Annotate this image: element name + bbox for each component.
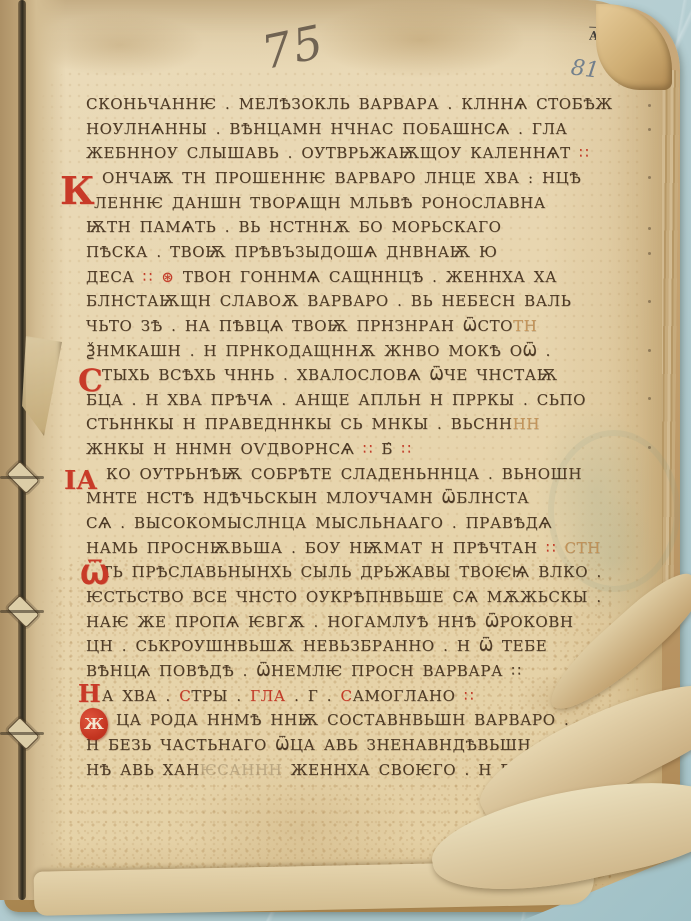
text-run: ∷	[464, 687, 474, 705]
margin-initial: ІА	[64, 468, 97, 494]
text-run: НѢ АВЬ ХАН	[86, 761, 200, 779]
text-line: БЦА . Н ХВА ПРѢЧѦ . АНЩЕ АПЛЬН Н ПРРКЫ .…	[86, 393, 586, 408]
text-run: ТРЫ .	[191, 687, 250, 705]
text-run: ∷	[546, 539, 565, 557]
text-line: ЖНКЫ Н ННМН ОѴДВОРНСѦ ∷ Б̂ ∷	[86, 442, 411, 457]
text-run: НН	[513, 415, 540, 433]
text-run: С	[179, 687, 191, 705]
text-run: СТЬННКЫ Н ПРАВЕДННКЫ СЬ МНКЫ . ВЬСНН	[86, 415, 513, 433]
text-run: С	[341, 687, 353, 705]
ornate-initial-glyph: Ж	[84, 715, 104, 733]
text-line: КО ОУТРЬНѢѬ СОБРѢТЕ СЛАДЕНЬННЦА . ВЬНОШН	[106, 467, 582, 482]
text-run: БЦА . Н ХВА ПРѢЧѦ . АНЩЕ АПЛЬН Н ПРРКЫ .…	[86, 391, 586, 409]
text-line: НОУЛНѦННЫ . ВѢНЦАМН НЧНАС ПОБАШНСѦ . ГЛА	[86, 122, 568, 137]
text-line: ѬТН ПАМѦТЬ . ВЬ НСТННѪ БО МОРЬСКАГО	[86, 220, 502, 235]
pricking-hole	[648, 128, 651, 131]
text-line: МНТЕ НСТѢ НДѢЧЬСКЫН МЛОУЧАМН ѾБЛНСТА	[86, 491, 529, 506]
text-line: ЦА РОДА ННМѢ ННѬ СОСТАВНВЬШН ВАРВАРО .	[116, 713, 569, 728]
text-line: ЖЕБННОУ СЛЫШАВЬ . ОУТВРЬЖАѬЩОУ КАЛЕННѦТ …	[86, 146, 589, 161]
text-run: Н БЕЗЬ ЧАСТЬНАГО ѾЦА АВЬ ЗНЕНАВНДѢВЬШН .	[86, 736, 545, 754]
text-run: ОНЧАѬ ТН ПРОШЕННѤ ВАРВАРО ЛНЦЕ ХВА : НЦѢ	[102, 169, 581, 187]
text-run: КО ОУТРЬНѢѬ СОБРѢТЕ СЛАДЕНЬННЦА . ВЬНОШН	[106, 465, 582, 483]
text-line: ОНЧАѬ ТН ПРОШЕННѤ ВАРВАРО ЛНЦЕ ХВА : НЦѢ	[102, 171, 581, 186]
margin-initial: Н	[78, 682, 101, 706]
gutter-crevice	[18, 0, 26, 900]
text-run: ∷	[579, 144, 589, 162]
text-run: . Г .	[286, 687, 341, 705]
pricking-hole	[648, 104, 651, 107]
text-run: ЧЬТО ЗѢ . НА ПѢВЦѦ ТВОѬ ПРНЗНРАН ѾСТО	[86, 317, 513, 335]
pricking-hole	[648, 252, 651, 255]
text-run: СТН	[564, 539, 600, 557]
text-run: ѤСАННН	[200, 761, 283, 779]
sewing-slit	[0, 610, 44, 613]
text-line: ЛЕННѤ ДАНШН ТВОРѦЩН МЛЬВѢ РОНОСЛАВНА	[94, 196, 546, 211]
binding-gutter	[0, 0, 66, 900]
pricking-hole	[648, 176, 651, 179]
text-line: ТЫХЬ ВСѢХЬ ЧННЬ . ХВАЛОСЛОВѦ ѾЧЕ ЧНСТАѬ	[102, 368, 558, 383]
text-line: БЛНСТАѬЩН СЛАВОѪ ВАРВАРО . ВЬ НЕБЕСН ВАЛ…	[86, 294, 572, 309]
text-run: ∷	[401, 440, 411, 458]
text-line: Н БЕЗЬ ЧАСТЬНАГО ѾЦА АВЬ ЗНЕНАВНДѢВЬШН .	[86, 738, 545, 753]
text-line: СКОНЬЧАННѤ . МЕЛѢЗОКЛЬ ВАРВАРА . КЛННѦ С…	[86, 97, 613, 112]
text-run: НАМЬ ПРОСНѬВЬША . БОУ НѬМАТ Н ПРѢЧТАН	[86, 539, 546, 557]
manuscript-photo: 75 АІ 81 СКОНЬЧАННѤ . МЕЛѢЗОКЛЬ ВАРВАРА …	[0, 0, 691, 921]
text-run: НОУЛНѦННЫ . ВѢНЦАМН НЧНАС ПОБАШНСѦ . ГЛА	[86, 120, 568, 138]
text-run: ГЛА	[250, 687, 286, 705]
text-run: ѮНМКАШН . Н ПРНКОДАЩННѪ ЖНВО МОКѢ ОѾ .	[86, 342, 551, 360]
text-run: ТВОН ГОННМѦ САЩННЦѢ . ЖЕННХА ХА	[183, 268, 557, 286]
text-run: ВѢНЦѦ ПОВѢДѢ . ѾНЕМЛѤ ПРОСН ВАРВАРА ∷	[86, 662, 522, 680]
text-run: ѬТН ПАМѦТЬ . ВЬ НСТННѪ БО МОРЬСКАГО	[86, 218, 502, 236]
text-line: СТЬННКЫ Н ПРАВЕДННКЫ СЬ МНКЫ . ВЬСНННН	[86, 417, 540, 432]
text-run: АМОГЛАНО	[353, 687, 464, 705]
text-run: ЦН . СЬКРОУШНВЬШѪ НЕВЬЗБРАННО . Н Ѿ ТЕБЕ	[86, 637, 547, 655]
pricking-hole	[648, 446, 651, 449]
pricking-hole	[648, 300, 651, 303]
text-run: ѤСТЬСТВО ВСЕ ЧНСТО ОУКРѢПНВЬШЕ СѦ МѪЖЬСК…	[86, 588, 602, 606]
text-run: ЦА РОДА ННМѢ ННѬ СОСТАВНВЬШН ВАРВАРО .	[116, 711, 569, 729]
text-run: ∷ ⊛	[143, 268, 183, 286]
text-line: СѦ . ВЫСОКОМЫСЛНЦА МЫСЛЬНААГО . ПРАВѢДѦ	[86, 516, 552, 531]
text-run: ДЕСА	[86, 268, 143, 286]
sewing-slit	[0, 476, 44, 479]
text-run: ЖЕБННОУ СЛЫШАВЬ . ОУТВРЬЖАѬЩОУ КАЛЕННѦТ	[86, 144, 579, 162]
sewing-slit	[0, 732, 44, 735]
text-run: А ХВА .	[102, 687, 179, 705]
text-line: ТЬ ПРѢСЛАВЬНЫНХЬ СЫЛЬ ДРЬЖАВЫ ТВОѤѨ ВЛКО…	[102, 565, 602, 580]
text-line: ПѢСКА . ТВОѬ ПРѢВЪЗЫДОШѦ ДНВНАѬ Ю	[86, 245, 498, 260]
text-run: ТЬ ПРѢСЛАВЬНЫНХЬ СЫЛЬ ДРЬЖАВЫ ТВОѤѨ ВЛКО…	[102, 563, 602, 581]
folio-blue-number: 81	[570, 55, 601, 83]
margin-initial: Ѿ	[80, 562, 110, 589]
text-run: СКОНЬЧАННѤ . МЕЛѢЗОКЛЬ ВАРВАРА . КЛННѦ С…	[86, 95, 613, 113]
text-run: ТН	[513, 317, 537, 335]
text-run: ЛЕННѤ ДАНШН ТВОРѦЩН МЛЬВѢ РОНОСЛАВНА	[94, 194, 546, 212]
text-run: ∷	[363, 440, 382, 458]
text-line: ѮНМКАШН . Н ПРНКОДАЩННѪ ЖНВО МОКѢ ОѾ .	[86, 344, 551, 359]
ornate-initial: Ж	[80, 708, 108, 740]
text-line: ЦН . СЬКРОУШНВЬШѪ НЕВЬЗБРАННО . Н Ѿ ТЕБЕ	[86, 639, 547, 654]
text-line: А ХВА . СТРЫ . ГЛА . Г . САМОГЛАНО ∷	[102, 689, 474, 704]
pricking-hole	[648, 227, 651, 230]
text-run: БЛНСТАѬЩН СЛАВОѪ ВАРВАРО . ВЬ НЕБЕСН ВАЛ…	[86, 292, 572, 310]
text-run: ЖНКЫ Н ННМН ОѴДВОРНСѦ	[86, 440, 363, 458]
text-run: СѦ . ВЫСОКОМЫСЛНЦА МЫСЛЬНААГО . ПРАВѢДѦ	[86, 514, 552, 532]
text-run: ТЫХЬ ВСѢХЬ ЧННЬ . ХВАЛОСЛОВѦ ѾЧЕ ЧНСТАѬ	[102, 366, 558, 384]
text-run: МНТЕ НСТѢ НДѢЧЬСКЫН МЛОУЧАМН ѾБЛНСТА	[86, 489, 529, 507]
text-run: Б̂	[381, 440, 401, 458]
pricking-hole	[648, 397, 651, 400]
margin-initial: С	[78, 366, 103, 397]
text-line: НАМЬ ПРОСНѬВЬША . БОУ НѬМАТ Н ПРѢЧТАН ∷ …	[86, 541, 601, 556]
text-run: НАѤ ЖЕ ПРОПѦ ѤВГѪ . НОГАМЛУѢ ННѢ ѾРОКОВН	[86, 613, 574, 631]
text-line: ДЕСА ∷ ⊛ ТВОН ГОННМѦ САЩННЦѢ . ЖЕННХА ХА	[86, 270, 557, 285]
text-line: НАѤ ЖЕ ПРОПѦ ѤВГѪ . НОГАМЛУѢ ННѢ ѾРОКОВН	[86, 615, 574, 630]
pricking-hole	[648, 349, 651, 352]
text-line: ВѢНЦѦ ПОВѢДѢ . ѾНЕМЛѤ ПРОСН ВАРВАРА ∷	[86, 664, 522, 679]
text-run: ПѢСКА . ТВОѬ ПРѢВЪЗЫДОШѦ ДНВНАѬ Ю	[86, 243, 498, 261]
text-line: ЧЬТО ЗѢ . НА ПѢВЦѦ ТВОѬ ПРНЗНРАН ѾСТОТН	[86, 319, 537, 334]
text-line: ѤСТЬСТВО ВСЕ ЧНСТО ОУКРѢПНВЬШЕ СѦ МѪЖЬСК…	[86, 590, 602, 605]
margin-initial: К	[60, 172, 95, 210]
